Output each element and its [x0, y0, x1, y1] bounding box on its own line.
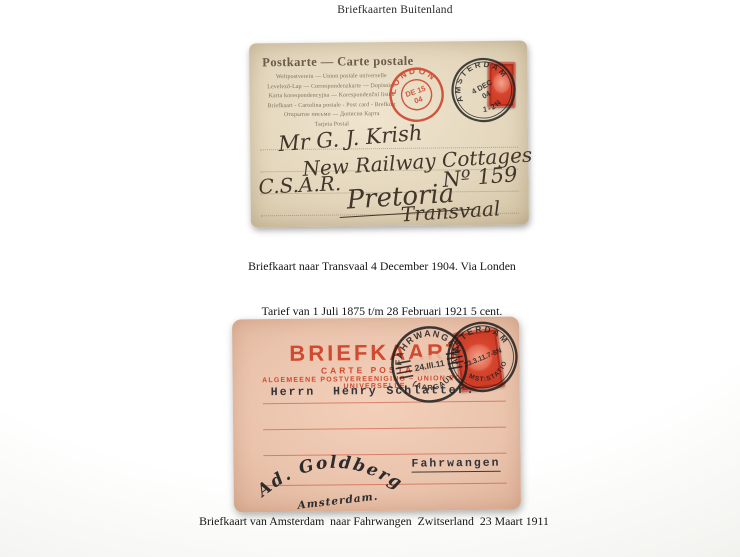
page-title: Briefkaarten Buitenland	[25, 4, 740, 16]
card1-header-title: Postkarte — Carte postale	[262, 54, 400, 70]
handwritten-region: Transvaal	[400, 196, 501, 226]
svg-text:04: 04	[413, 94, 425, 105]
handwritten-railway-abbr: C.S.A.R.	[258, 171, 342, 199]
card1-printed-header: Postkarte — Carte postale Weltpostverein…	[262, 54, 401, 131]
svg-text:Ad. Goldberg: Ad. Goldberg	[252, 452, 408, 502]
postcard-fahrwangen: BRIEFKAART CARTE POSTALE ALGEMEENE POSTV…	[232, 317, 521, 513]
album-page-photo: Briefkaarten Buitenland Postkarte — Cart…	[0, 0, 740, 557]
address-rule	[263, 427, 506, 431]
amsterdam-postmark-icon: AMSTERDAM 4 DEC 04 1-2N	[437, 44, 529, 136]
sender-handstamp-icon: Ad. Goldberg Amsterdam.	[245, 434, 414, 516]
card2-caption: Briefkaart van Amsterdam naar Fahrwangen…	[4, 514, 740, 529]
card1-caption-line1: Briefkaart naar Transvaal 4 December 190…	[12, 259, 740, 274]
svg-text:Amsterdam.: Amsterdam.	[296, 491, 379, 512]
svg-text:23.3.11.7-8N: 23.3.11.7-8N	[463, 347, 503, 369]
typed-destination: Fahrwangen	[411, 457, 500, 473]
postcard-transvaal: Postkarte — Carte postale Weltpostverein…	[249, 41, 529, 228]
